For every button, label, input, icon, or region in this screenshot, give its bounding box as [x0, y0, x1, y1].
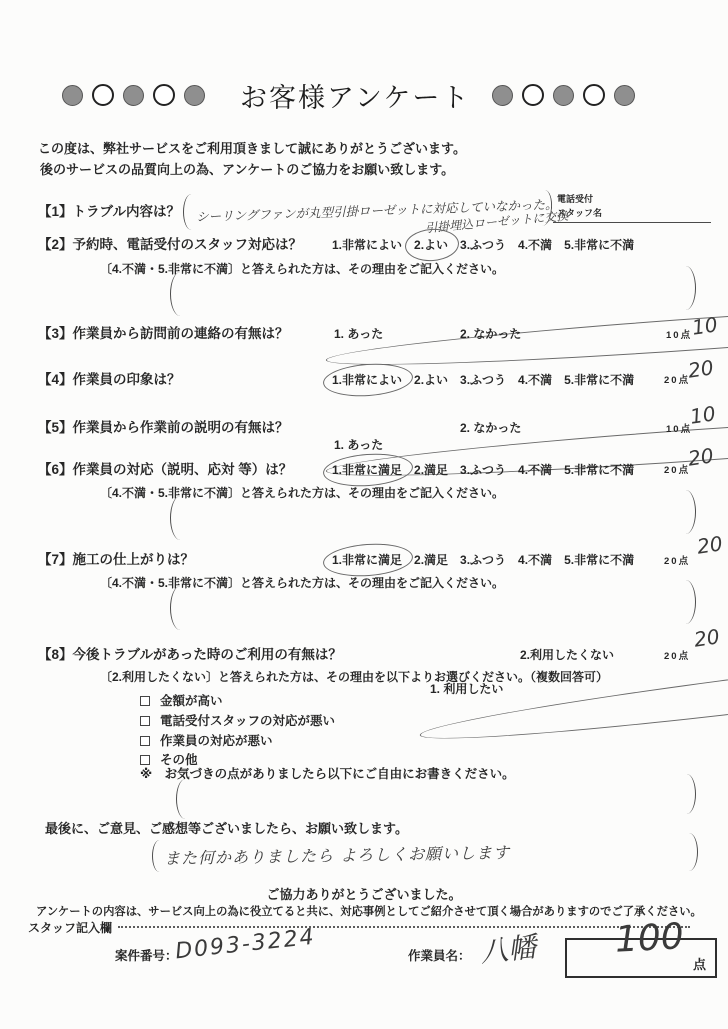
dotted-line	[118, 925, 690, 928]
empty-circle-icon	[153, 84, 175, 106]
q4-option-2[interactable]: 2.よい	[414, 371, 448, 388]
q3-option-2[interactable]: 2. なかった	[460, 325, 521, 342]
comment-bracket-open	[152, 840, 164, 872]
worker-name-label: 作業員名：	[408, 946, 471, 964]
q7-option-2[interactable]: 2.満足	[414, 551, 448, 568]
q5-points-label: 10点	[666, 421, 692, 435]
filled-circle-icon	[614, 85, 635, 106]
q1-number: 【1】	[38, 204, 73, 219]
worker-name-handwritten: 八幡	[478, 925, 538, 971]
empty-circle-icon	[92, 84, 114, 106]
empty-circle-icon	[583, 84, 605, 106]
q7-reason-bracket-close	[684, 580, 696, 624]
comment-bracket-close	[686, 833, 698, 871]
q6-option-5[interactable]: 5.非常に不満	[564, 461, 634, 478]
score-unit-label: 点	[693, 954, 706, 973]
page-title: お客様アンケート	[240, 76, 470, 115]
q2-option-1[interactable]: 1.非常によい	[332, 236, 402, 253]
score-handwritten: 100	[614, 916, 685, 961]
q4-handwritten-score: 20	[686, 355, 715, 382]
q6-reason-bracket-close	[684, 490, 696, 534]
q4-label: 【4】作業員の印象は？	[38, 368, 181, 388]
q6-handwritten-score: 20	[686, 443, 715, 470]
q4-option-1-selected[interactable]: 1.非常によい	[332, 371, 402, 388]
q6-points-label: 20点	[664, 462, 690, 476]
q6-options: 1.非常に満足 2.満足 3.ふつう 4.不満 5.非常に不満	[332, 461, 634, 478]
q8-text: 今後トラブルがあった時のご利用の有無は？	[73, 647, 342, 662]
q7-reason-bracket-open	[170, 586, 182, 630]
q7-reason-answer-area[interactable]	[182, 586, 682, 630]
filled-circle-icon	[184, 85, 205, 106]
q2-options: 1.非常によい 2.よい 3.ふつう 4.不満 5.非常に不満	[332, 236, 634, 253]
q7-option-5[interactable]: 5.非常に不満	[564, 551, 634, 568]
staff-entry-label: スタッフ記入欄	[28, 919, 690, 936]
q4-option-4[interactable]: 4.不満	[518, 371, 552, 388]
q5-option-2[interactable]: 2. なかった	[460, 419, 521, 436]
survey-form-page: お客様アンケート この度は、弊社サービスをご利用頂きまして誠にありがとうございま…	[0, 0, 728, 1029]
q4-option-5[interactable]: 5.非常に不満	[564, 371, 634, 388]
q3-points-label: 10点	[666, 327, 692, 341]
filled-circle-icon	[553, 85, 574, 106]
q6-option-4[interactable]: 4.不満	[518, 461, 552, 478]
checkbox-icon[interactable]	[140, 716, 150, 726]
empty-circle-icon	[522, 84, 544, 106]
q2-option-3[interactable]: 3.ふつう	[460, 236, 506, 253]
handwritten-comment: また何かありましたら よろしくお願いします	[164, 840, 510, 869]
q6-option-3[interactable]: 3.ふつう	[460, 461, 506, 478]
filled-circle-icon	[492, 85, 513, 106]
q7-option-3[interactable]: 3.ふつう	[460, 551, 506, 568]
q7-points-label: 20点	[664, 553, 690, 567]
q2-reason-bracket-open	[170, 272, 182, 316]
intro-line-2: 後のサービスの品質向上の為、アンケートのご協力をお願い致します。	[40, 159, 454, 180]
q4-text: 作業員の印象は？	[73, 372, 181, 387]
q5-number: 【5】	[38, 420, 73, 435]
staff-entry-label-text: スタッフ記入欄	[28, 921, 112, 935]
q8-reason-prompt: 〔2.利用したくない〕と答えられた方は、その理由を以下よりお選びください。（複数…	[100, 668, 608, 685]
q6-option-2[interactable]: 2.満足	[414, 461, 448, 478]
q2-option-5[interactable]: 5.非常に不満	[564, 236, 634, 253]
q5-text: 作業員から作業前の説明の有無は？	[73, 420, 289, 435]
q5-label: 【5】作業員から作業前の説明の有無は？	[38, 416, 289, 436]
q2-reason-bracket-close	[684, 266, 696, 310]
q6-reason-answer-area[interactable]	[182, 496, 682, 540]
disclaimer-line: アンケートの内容は、サービス向上の為に役立てると共に、対応事例としてご紹介させて…	[36, 903, 702, 919]
q8-number: 【8】	[38, 647, 73, 662]
q7-handwritten-score: 20	[695, 531, 724, 558]
q8-free-answer-area[interactable]	[188, 779, 682, 819]
intro-line-1: この度は、弊社サービスをご利用頂きまして誠にありがとうございます。	[38, 138, 466, 159]
q2-reason-answer-area[interactable]	[182, 272, 682, 316]
q3-label: 【3】作業員から訪問前の連絡の有無は？	[38, 322, 289, 342]
q4-options: 1.非常によい 2.よい 3.ふつう 4.不満 5.非常に不満	[332, 371, 634, 388]
q3-text: 作業員から訪問前の連絡の有無は？	[73, 326, 289, 341]
q2-label: 【2】予約時、電話受付のスタッフ対応は？	[38, 233, 302, 253]
q8-points-label: 20点	[664, 648, 690, 662]
q6-label: 【6】作業員の対応（説明、応対 等）は？	[38, 458, 292, 478]
q1-text: トラブル内容は？	[73, 204, 180, 219]
checkbox-label: 電話受付スタッフの対応が悪い	[160, 714, 335, 728]
q1-side-label-phone: 電話受付	[557, 192, 593, 205]
staff-name-blank-line[interactable]	[553, 222, 711, 223]
thanks-line: ご協力ありがとうございました。	[0, 884, 728, 905]
q8-option-2[interactable]: 2.利用したくない	[520, 646, 614, 663]
q4-option-3[interactable]: 3.ふつう	[460, 371, 506, 388]
q2-option-2-selected[interactable]: 2.よい	[414, 236, 448, 253]
q8-checkbox-row-1[interactable]: 金額が高い	[140, 691, 223, 710]
q7-option-4[interactable]: 4.不満	[518, 551, 552, 568]
q8-handwritten-score: 20	[692, 624, 721, 651]
q2-number: 【2】	[38, 237, 73, 252]
q6-option-1-selected[interactable]: 1.非常に満足	[332, 461, 402, 478]
q7-option-1-selected[interactable]: 1.非常に満足	[332, 551, 402, 568]
q8-label: 【8】今後トラブルがあった時のご利用の有無は？	[38, 643, 342, 663]
q5-option-1-selected[interactable]: 1. あった	[334, 436, 728, 453]
q6-number: 【6】	[38, 462, 73, 477]
checkbox-icon[interactable]	[140, 736, 150, 746]
decorative-circles-right	[492, 84, 635, 106]
q8-checkbox-row-3[interactable]: 作業員の対応が悪い	[140, 731, 273, 750]
q8-free-bracket-open	[176, 779, 188, 819]
q2-option-4[interactable]: 4.不満	[518, 236, 552, 253]
q8-checkbox-row-2[interactable]: 電話受付スタッフの対応が悪い	[140, 711, 335, 730]
q2-text: 予約時、電話受付のスタッフ対応は？	[73, 237, 303, 252]
checkbox-label: 作業員の対応が悪い	[160, 734, 273, 748]
q4-number: 【4】	[38, 372, 73, 387]
q8-free-bracket-close	[684, 774, 696, 814]
case-number-label: 案件番号：	[115, 946, 178, 964]
q3-handwritten-score: 10	[690, 312, 719, 339]
q3-number: 【3】	[38, 326, 73, 341]
decorative-circles-left	[62, 84, 205, 106]
q7-label: 【7】施工の仕上がりは？	[38, 548, 194, 568]
q1-answer-bracket-open	[183, 194, 195, 230]
filled-circle-icon	[123, 85, 144, 106]
q7-options: 1.非常に満足 2.満足 3.ふつう 4.不満 5.非常に不満	[332, 551, 634, 568]
q4-points-label: 20点	[664, 372, 690, 386]
q6-reason-bracket-open	[170, 496, 182, 540]
q1-label: 【1】トラブル内容は？	[38, 200, 180, 220]
checkbox-icon[interactable]	[140, 696, 150, 706]
checkbox-label: 金額が高い	[160, 694, 223, 708]
q7-text: 施工の仕上がりは？	[73, 552, 195, 567]
q5-handwritten-score: 10	[688, 401, 717, 428]
filled-circle-icon	[62, 85, 83, 106]
q6-text: 作業員の対応（説明、応対 等）は？	[73, 462, 293, 477]
closing-prompt: 最後に、ご意見、ご感想等ございましたら、お願い致します。	[45, 818, 408, 839]
q7-number: 【7】	[38, 552, 73, 567]
